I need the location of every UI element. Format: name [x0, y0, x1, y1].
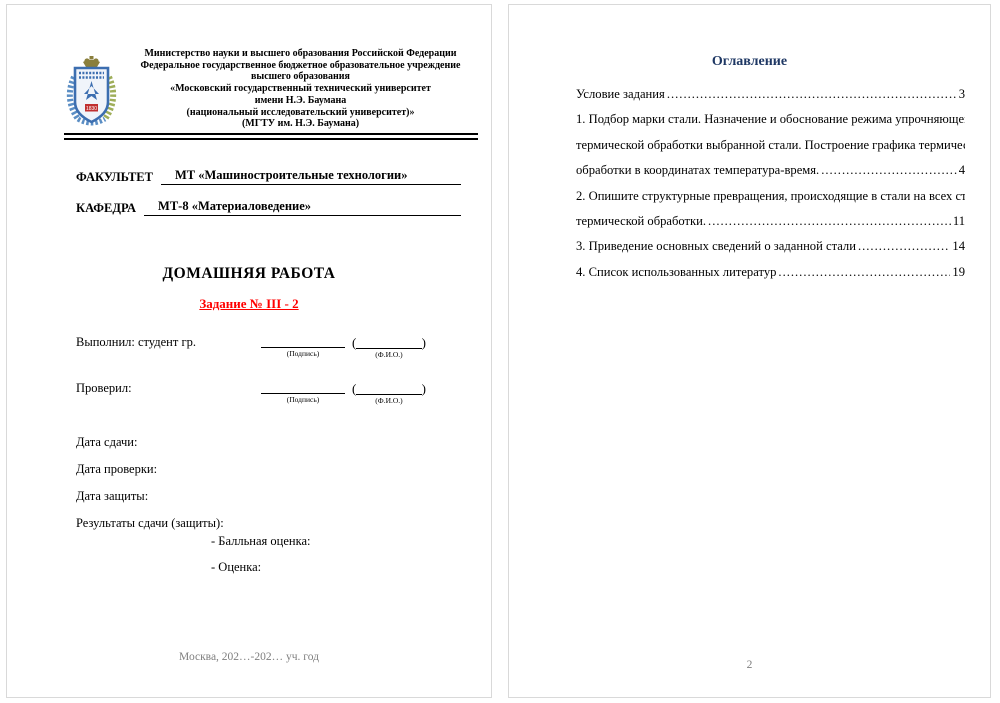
close-paren: ): [422, 336, 426, 349]
signature-caption: (Подпись): [261, 395, 345, 404]
department-row: КАФЕДРА МТ-8 «Материаловедение»: [76, 199, 461, 216]
ministry-line: имени Н.Э. Баумана: [120, 95, 481, 107]
toc-entry-last-line: Условие задания ........................…: [576, 82, 965, 107]
toc-entry-last-line: 4. Список использованных литератур .....…: [576, 260, 965, 285]
checked-row: Проверил: (Подпись) ( ) (Ф.И.О.): [76, 379, 461, 413]
toc-entry-text: термической обработки.: [576, 209, 706, 234]
ministry-line: «Московский государственный технический …: [120, 83, 481, 95]
title-page: 1830 Министерство науки и высшего образо…: [6, 4, 492, 698]
toc-entry[interactable]: 2. Опишите структурные превращения, прои…: [576, 184, 965, 235]
dot-leader: ........................................…: [858, 234, 950, 259]
page-number: 2: [509, 659, 990, 671]
fio-underline: [356, 381, 421, 395]
toc-page-number: 14: [952, 234, 965, 259]
toc-title: Оглавление: [509, 54, 990, 70]
faculty-row: ФАКУЛЬТЕТ МТ «Машиностроительные техноло…: [76, 168, 461, 185]
work-title: ДОМАШНЯЯ РАБОТА: [7, 265, 491, 283]
header-divider: [64, 133, 478, 140]
signature-field: (Подпись): [261, 333, 345, 358]
toc-entry[interactable]: 4. Список использованных литератур .....…: [576, 260, 965, 285]
toc-page-number: 19: [952, 260, 965, 285]
result-line: - Балльная оценка:: [211, 534, 311, 560]
department-label: КАФЕДРА: [76, 201, 144, 216]
dot-leader: ........................................…: [821, 158, 957, 183]
close-paren: ): [422, 382, 426, 395]
toc-entry-text: Условие задания: [576, 82, 665, 107]
dot-leader: ........................................…: [667, 82, 957, 107]
toc-entry-line: термической обработки выбранной стали. П…: [576, 133, 965, 158]
university-header: 1830 Министерство науки и высшего образо…: [63, 46, 481, 134]
university-emblem: 1830: [63, 55, 120, 134]
ministry-line: (МГТУ им. Н.Э. Баумана): [120, 118, 481, 130]
signature-line: [261, 333, 345, 348]
toc-entry-last-line: обработки в координатах температура-врем…: [576, 158, 965, 183]
date-line: Дата защиты:: [76, 489, 224, 516]
ministry-line: высшего образования: [120, 71, 481, 83]
checked-label: Проверил:: [76, 381, 132, 396]
toc-entry-text: обработки в координатах температура-врем…: [576, 158, 819, 183]
signature-field: (Подпись): [261, 379, 345, 404]
fio-field: ( ) (Ф.И.О.): [352, 379, 426, 405]
fio-underline: [356, 335, 421, 349]
department-value: МТ-8 «Материаловедение»: [144, 199, 461, 216]
performed-label: Выполнил: студент гр.: [76, 335, 196, 350]
toc-entry-text: 3. Приведение основных сведений о заданн…: [576, 234, 856, 259]
toc-page-number: 3: [959, 82, 965, 107]
dates-block: Дата сдачи:Дата проверки:Дата защиты:Рез…: [76, 435, 224, 543]
toc-entry-last-line: 3. Приведение основных сведений о заданн…: [576, 234, 965, 259]
faculty-label: ФАКУЛЬТЕТ: [76, 170, 161, 185]
fio-field: ( ) (Ф.И.О.): [352, 333, 426, 359]
fio-caption: (Ф.И.О.): [352, 396, 426, 405]
city-year-footer: Москва, 202…-202… уч. год: [7, 651, 491, 663]
ministry-header-text: Министерство науки и высшего образования…: [120, 46, 481, 134]
ministry-line: Министерство науки и высшего образования…: [120, 48, 481, 60]
signature-line: [261, 379, 345, 394]
toc-entry-line: 2. Опишите структурные превращения, прои…: [576, 184, 965, 209]
result-line: - Оценка:: [211, 560, 311, 586]
toc-entry[interactable]: 1. Подбор марки стали. Назначение и обос…: [576, 107, 965, 183]
founding-year: 1830: [86, 106, 97, 112]
bauman-emblem-graphic: 1830: [63, 55, 120, 129]
toc-page-number: 4: [959, 158, 965, 183]
toc-entry-text: 4. Список использованных литератур: [576, 260, 776, 285]
performed-row: Выполнил: студент гр. (Подпись) ( ) (Ф.И…: [76, 333, 461, 367]
date-line: Дата проверки:: [76, 462, 224, 489]
dot-leader: ........................................…: [778, 260, 950, 285]
fio-line: ( ): [352, 379, 426, 395]
toc-page: Оглавление Условие задания .............…: [508, 4, 991, 698]
toc-entry[interactable]: Условие задания ........................…: [576, 82, 965, 107]
fio-line: ( ): [352, 333, 426, 349]
toc-page-number: 11: [953, 209, 965, 234]
date-line: Дата сдачи:: [76, 435, 224, 462]
ministry-line: (национальный исследовательский универси…: [120, 107, 481, 119]
results-block: - Балльная оценка:- Оценка:: [211, 534, 311, 586]
toc-entry-last-line: термической обработки. .................…: [576, 209, 965, 234]
toc-list: Условие задания ........................…: [576, 82, 965, 285]
task-number: Задание № III - 2: [7, 296, 491, 312]
dot-leader: ........................................…: [708, 209, 951, 234]
toc-entry[interactable]: 3. Приведение основных сведений о заданн…: [576, 234, 965, 259]
date-line: Результаты сдачи (защиты):: [76, 516, 224, 543]
signature-caption: (Подпись): [261, 349, 345, 358]
faculty-value: МТ «Машиностроительные технологии»: [161, 168, 461, 185]
fio-caption: (Ф.И.О.): [352, 350, 426, 359]
toc-entry-line: 1. Подбор марки стали. Назначение и обос…: [576, 107, 965, 132]
ministry-line: Федеральное государственное бюджетное об…: [120, 60, 481, 72]
eagle-icon: [83, 56, 100, 67]
